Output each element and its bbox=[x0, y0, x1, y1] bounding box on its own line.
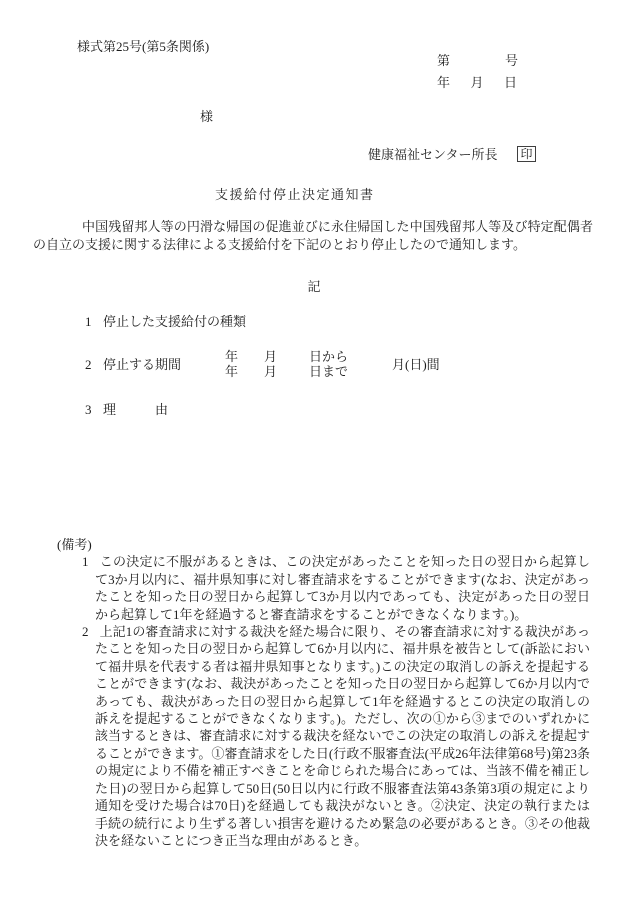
item-3-number: 3 bbox=[85, 402, 92, 417]
date-year-label: 年 bbox=[437, 75, 450, 90]
item-3-label: 理 由 bbox=[103, 402, 168, 417]
item-2-label: 停止する期間 bbox=[103, 357, 181, 372]
body-paragraph: 中国残留邦人等の円滑な帰国の促進並びに永住帰国した中国残留邦人等及び特定配偶者の… bbox=[33, 218, 593, 253]
seal-stamp: 印 bbox=[517, 146, 535, 162]
document-title: 支援給付停止決定通知書 bbox=[215, 187, 375, 202]
remark-note-2-number: 2 bbox=[82, 624, 89, 639]
remarks-heading: (備考) bbox=[57, 536, 590, 553]
period-to-day-label: 日まで bbox=[309, 364, 348, 379]
item-1-label: 停止した支援給付の種類 bbox=[103, 314, 246, 329]
issuer-line: 健康福祉センター所長 印 bbox=[368, 146, 536, 162]
remarks-section: (備考) 1この決定に不服があるときは、この決定があったことを知った日の翌日から… bbox=[57, 536, 590, 849]
date-day-label: 日 bbox=[504, 75, 517, 90]
form-number: 様式第25号(第5条関係) bbox=[77, 39, 209, 54]
record-marker: 記 bbox=[0, 279, 628, 294]
remark-note-2-text: 上記1の審査請求に対する裁決を経た場合に限り、その審査請求に対する裁決があったこ… bbox=[95, 624, 590, 848]
period-to-month-label: 月 bbox=[264, 364, 277, 379]
doc-number-suffix: 号 bbox=[505, 53, 518, 68]
period-duration-label: 月(日)間 bbox=[392, 357, 440, 372]
notice-document-page: 様式第25号(第5条関係) 第 号 年 月 日 様 健康福祉センター所長 印 支… bbox=[0, 0, 630, 903]
item-2-number: 2 bbox=[85, 357, 92, 372]
remark-note-1-text: この決定に不服があるときは、この決定があったことを知った日の翌日から起算して3か… bbox=[95, 554, 590, 621]
period-from-year-label: 年 bbox=[225, 349, 238, 364]
document-number-line: 第 号 bbox=[437, 53, 518, 68]
remark-note-1: 1この決定に不服があるときは、この決定があったことを知った日の翌日から起算して3… bbox=[82, 553, 590, 623]
period-to-year-label: 年 bbox=[225, 364, 238, 379]
remark-note-2: 2上記1の審査請求に対する裁決を経た場合に限り、その審査請求に対する裁決があった… bbox=[82, 623, 590, 849]
date-month-label: 月 bbox=[470, 75, 483, 90]
addressee-honorific: 様 bbox=[200, 109, 213, 124]
remark-note-1-number: 1 bbox=[82, 554, 89, 569]
item-1-number: 1 bbox=[85, 314, 92, 329]
issuer-title: 健康福祉センター所長 bbox=[368, 147, 497, 162]
period-from-month-label: 月 bbox=[264, 349, 277, 364]
period-from-day-label: 日から bbox=[309, 349, 348, 364]
doc-number-prefix: 第 bbox=[437, 53, 450, 68]
date-line: 年 月 日 bbox=[437, 75, 517, 90]
